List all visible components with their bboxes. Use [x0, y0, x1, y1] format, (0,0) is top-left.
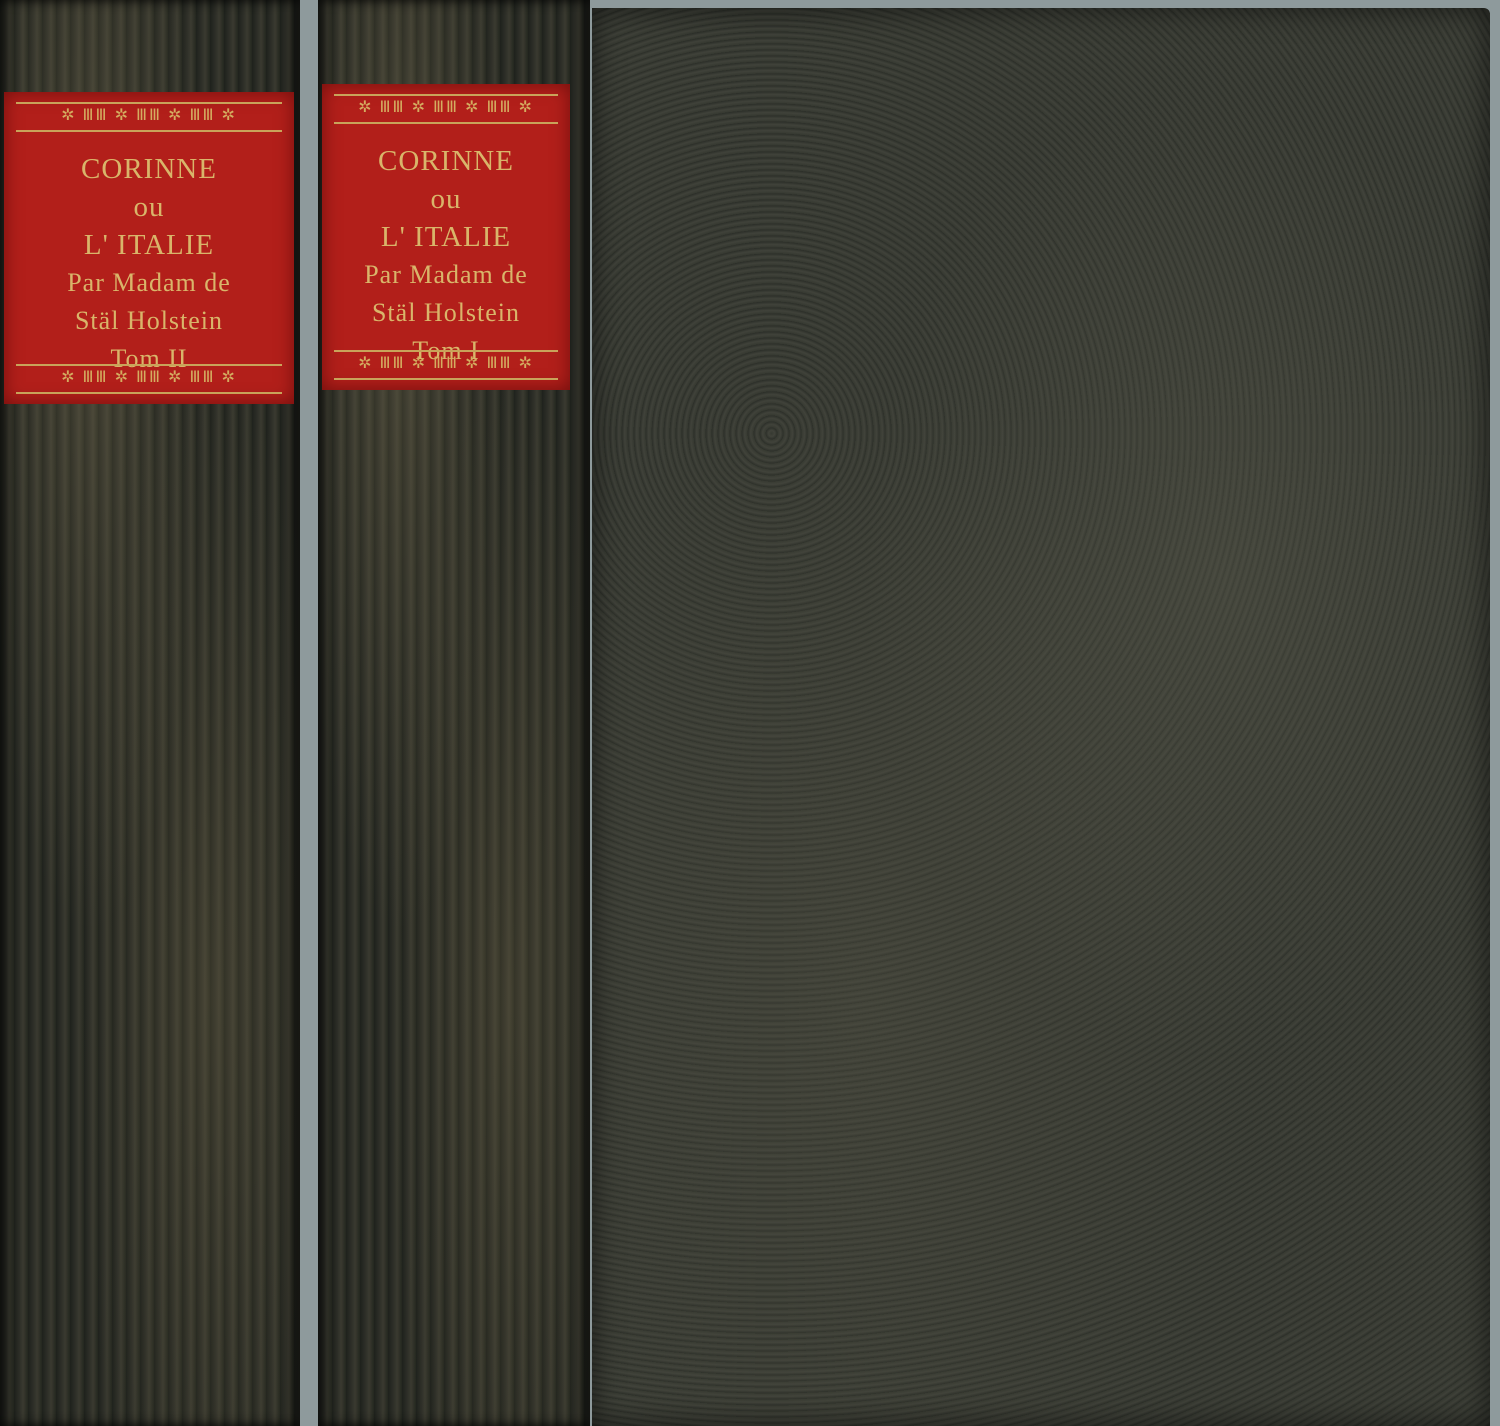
- subtitle: L' ITALIE: [322, 218, 570, 256]
- spine-label-tome-2: ✲ ⅢⅢ ✲ ⅢⅢ ✲ ⅢⅢ ✲ CORINNE ou L' ITALIE Pa…: [4, 92, 294, 404]
- title: CORINNE: [4, 150, 294, 188]
- author-line-2: Stäl Holstein: [322, 294, 570, 332]
- book-front-cover: [592, 8, 1490, 1426]
- author-line-2: Stäl Holstein: [4, 302, 294, 340]
- title: CORINNE: [322, 142, 570, 180]
- gilt-ornament-bottom: ✲ ⅢⅢ ✲ ⅢⅢ ✲ ⅢⅢ ✲: [16, 364, 282, 394]
- author-line-1: Par Madam de: [322, 256, 570, 294]
- gilt-ornament-top: ✲ ⅢⅢ ✲ ⅢⅢ ✲ ⅢⅢ ✲: [334, 94, 558, 124]
- gilt-ornament-top: ✲ ⅢⅢ ✲ ⅢⅢ ✲ ⅢⅢ ✲: [16, 102, 282, 132]
- gilt-ornament-bottom: ✲ ⅢⅢ ✲ ⅢⅢ ✲ ⅢⅢ ✲: [334, 350, 558, 380]
- subtitle: L' ITALIE: [4, 226, 294, 264]
- author-line-1: Par Madam de: [4, 264, 294, 302]
- spine-label-tome-1: ✲ ⅢⅢ ✲ ⅢⅢ ✲ ⅢⅢ ✲ CORINNE ou L' ITALIE Pa…: [322, 84, 570, 390]
- conjunction: ou: [4, 188, 294, 226]
- conjunction: ou: [322, 180, 570, 218]
